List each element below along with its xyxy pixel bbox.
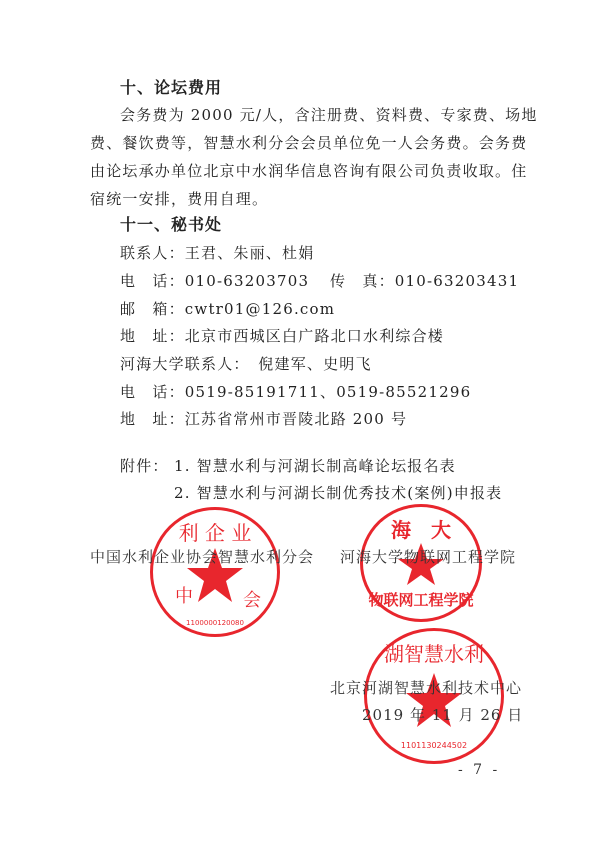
- section-11-heading: 十一、秘书处: [120, 215, 222, 235]
- hohai-phone-line: 电 话：0519-85191711、0519-85521296: [120, 382, 471, 402]
- paragraph-line: 由论坛承办单位北京中水润华信息咨询有限公司负责收取。住: [90, 161, 527, 181]
- page-number: - 7 -: [458, 762, 500, 778]
- paragraph-line: 宿统一安排，费用自理。: [90, 189, 268, 209]
- hohai-contacts-line: 河海大学联系人： 倪建军、史明飞: [120, 354, 372, 374]
- email-line: 邮 箱：cwtr01@126.com: [120, 299, 335, 319]
- attachment-item: 2. 智慧水利与河湖长制优秀技术(案例)申报表: [174, 483, 502, 503]
- signature-date: 2019 年 11 月 26 日: [362, 704, 523, 725]
- address-line: 地 址：北京市西城区白广路北口水利综合楼: [120, 326, 444, 346]
- attachments-label: 附件：: [120, 456, 169, 476]
- svg-text:1101130244502: 1101130244502: [401, 741, 467, 750]
- svg-text:海 大: 海 大: [391, 518, 451, 542]
- fax-line: 传 真：010-63203431: [330, 271, 519, 291]
- svg-text:中: 中: [175, 586, 193, 607]
- contacts-line: 联系人：王君、朱丽、杜娟: [120, 243, 314, 263]
- section-10-heading: 十、论坛费用: [120, 78, 222, 98]
- signature-org-3: 北京河湖智慧水利技术中心: [330, 677, 522, 698]
- phone-line: 电 话：010-63203703: [120, 271, 309, 291]
- attachment-item: 1. 智慧水利与河湖长制高峰论坛报名表: [174, 456, 456, 476]
- star-icon: 利 企 业 中 会 1100000120080: [153, 510, 277, 634]
- svg-text:1100000120080: 1100000120080: [186, 619, 244, 627]
- paragraph-line: 费、餐饮费等，智慧水利分会会员单位免一人会务费。会务费: [90, 133, 527, 153]
- signature-org-2: 河海大学物联网工程学院: [340, 546, 516, 567]
- svg-text:利 企 业: 利 企 业: [179, 521, 252, 545]
- svg-text:会: 会: [243, 590, 261, 611]
- paragraph-line: 会务费为 2000 元/人，含注册费、资料费、专家费、场地: [120, 105, 538, 125]
- svg-text:物联网工程学院: 物联网工程学院: [368, 591, 473, 609]
- stamp-china-water-enterprise-association: 利 企 业 中 会 1100000120080: [150, 507, 280, 637]
- signature-org-1: 中国水利企业协会智慧水利分会: [90, 546, 314, 567]
- hohai-address-line: 地 址：江苏省常州市晋陵北路 200 号: [120, 409, 407, 429]
- svg-text:湖智慧水利: 湖智慧水利: [384, 642, 484, 666]
